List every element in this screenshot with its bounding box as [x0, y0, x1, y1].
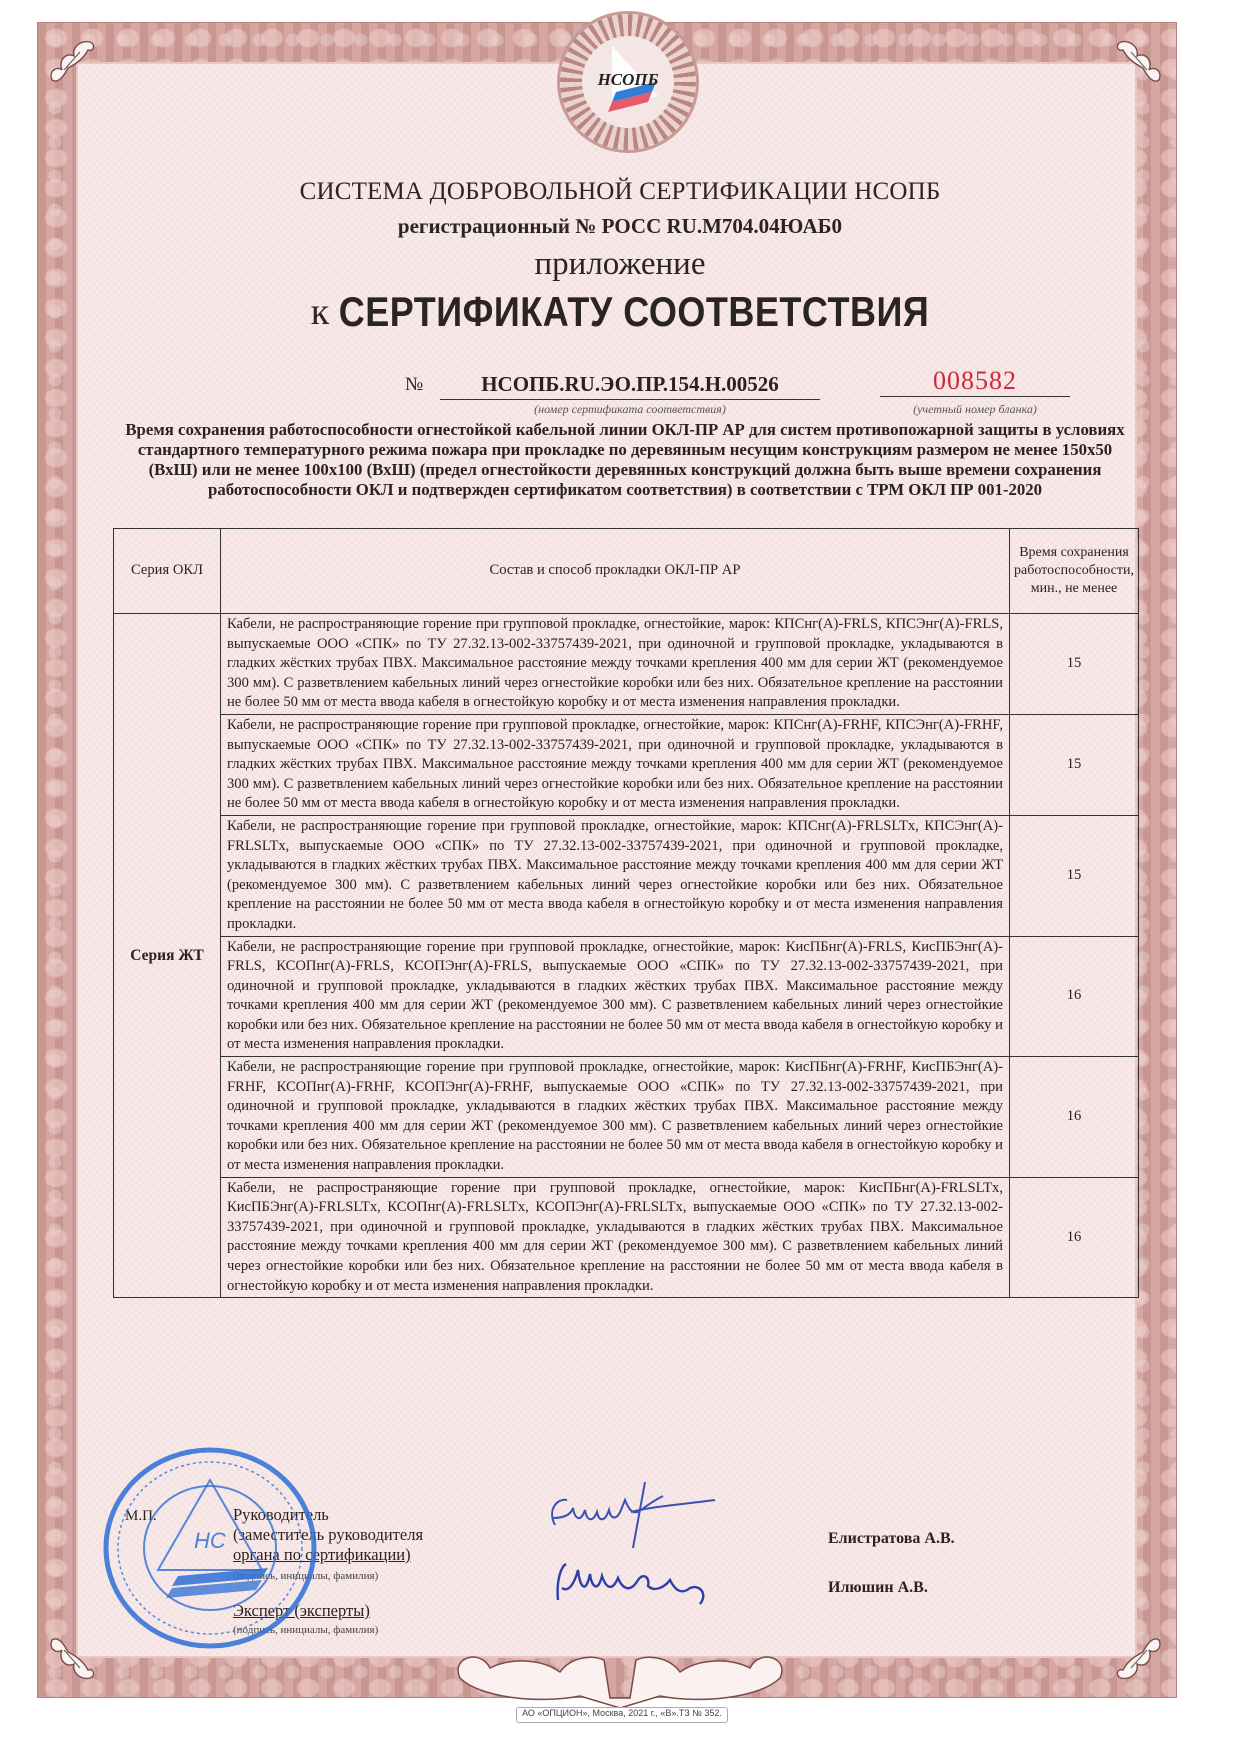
- time-value-cell: 15: [1010, 815, 1139, 936]
- time-value-cell: 15: [1010, 614, 1139, 715]
- expert-name: Илюшин А.В.: [828, 1579, 928, 1597]
- table-header-row: Серия ОКЛ Состав и способ прокладки ОКЛ-…: [114, 529, 1139, 614]
- header-composition: Состав и способ прокладки ОКЛ-ПР АР: [221, 529, 1010, 614]
- composition-cell: Кабели, не распространяющие горение при …: [221, 714, 1010, 815]
- head-role-line1: Руководитель: [233, 1505, 423, 1525]
- blank-number: 008582: [880, 366, 1070, 397]
- composition-cell: Кабели, не распространяющие горение при …: [221, 936, 1010, 1057]
- time-value-cell: 15: [1010, 714, 1139, 815]
- header-series: Серия ОКЛ: [114, 529, 221, 614]
- number-sign: №: [405, 374, 423, 396]
- composition-cell: Кабели, не распространяющие горение при …: [221, 1177, 1010, 1298]
- stamp-place-label: М.П.: [125, 1508, 157, 1525]
- print-info: АО «ОПЦИОН», Москва, 2021 г., «В».ТЗ № 3…: [516, 1707, 728, 1723]
- series-cell: Серия ЖТ: [114, 614, 221, 1298]
- svg-text:НС: НС: [194, 1528, 226, 1553]
- expert-role: Эксперт (эксперты): [233, 1601, 370, 1621]
- annex-title: приложение: [0, 246, 1240, 283]
- header-time: Время сохранения работоспособности, мин.…: [1010, 529, 1139, 614]
- head-signature-icon: [545, 1470, 725, 1550]
- head-role-line3: органа по сертификации): [233, 1545, 423, 1565]
- expert-signature-icon: [550, 1548, 720, 1618]
- table-row: Кабели, не распространяющие горение при …: [114, 714, 1139, 815]
- blank-number-caption: (учетный номер бланка): [880, 402, 1070, 417]
- head-signature-caption: (подпись, инициалы, фамилия): [233, 1570, 378, 1582]
- time-value-cell: 16: [1010, 1057, 1139, 1178]
- composition-cell: Кабели, не распространяющие горение при …: [221, 614, 1010, 715]
- table-row: Кабели, не распространяющие горение при …: [114, 936, 1139, 1057]
- composition-cell: Кабели, не распространяющие горение при …: [221, 1057, 1010, 1178]
- bottom-ornament-icon: [440, 1638, 800, 1718]
- table-row: Кабели, не распространяющие горение при …: [114, 1057, 1139, 1178]
- certificate-number: НСОПБ.RU.ЭО.ПР.154.Н.00526: [440, 372, 820, 400]
- certificate-title-main: СЕРТИФИКАТУ СООТВЕТСТВИЯ: [339, 288, 930, 336]
- certificate-title: к СЕРТИФИКАТУ СООТВЕТСТВИЯ: [0, 290, 1240, 334]
- certificate-title-prefix: к: [311, 291, 329, 333]
- time-value-cell: 16: [1010, 1177, 1139, 1298]
- head-role-line2: (заместитель руководителя: [233, 1525, 423, 1545]
- scope-description: Время сохранения работоспособности огнес…: [120, 420, 1130, 500]
- composition-cell: Кабели, не распространяющие горение при …: [221, 815, 1010, 936]
- certificate-number-caption: (номер сертификата соответствия): [440, 402, 820, 417]
- table-row: Кабели, не распространяющие горение при …: [114, 1177, 1139, 1298]
- specification-table: Серия ОКЛ Состав и способ прокладки ОКЛ-…: [113, 528, 1139, 1298]
- time-value-cell: 16: [1010, 936, 1139, 1057]
- table-row: Кабели, не распространяющие горение при …: [114, 815, 1139, 936]
- system-title: СИСТЕМА ДОБРОВОЛЬНОЙ СЕРТИФИКАЦИИ НСОПБ: [0, 178, 1240, 206]
- registration-number: регистрационный № РОСС RU.М704.04ЮАБ0: [0, 214, 1240, 239]
- table-row: Серия ЖТКабели, не распространяющие горе…: [114, 614, 1139, 715]
- head-name: Елистратова А.В.: [828, 1530, 955, 1548]
- head-role: Руководитель (заместитель руководителя о…: [233, 1505, 423, 1565]
- expert-signature-caption: (подпись, инициалы, фамилия): [233, 1624, 378, 1636]
